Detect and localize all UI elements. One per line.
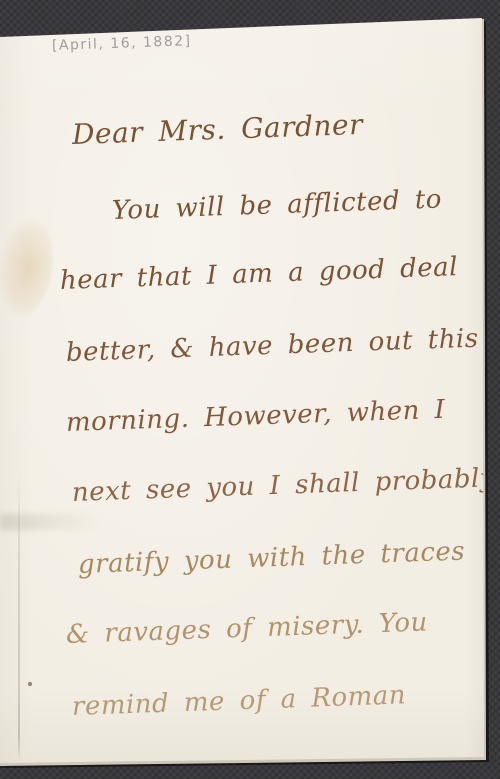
letter-line: next see you I shall probably: [71, 463, 495, 508]
pencil-date-annotation: [April, 16, 1882]: [52, 33, 192, 54]
letter-line: You will be afflicted to: [111, 184, 442, 226]
letter-line: better, & have been out this: [65, 324, 479, 368]
letter-line-salutation: Dear Mrs. Gardner: [71, 108, 363, 151]
letter-line: morning. However, when I: [65, 395, 445, 438]
letter-line: hear that I am a good deal: [59, 252, 458, 296]
letter-line: & ravages of misery. You: [65, 607, 428, 650]
letter-page: [April, 16, 1882] Dear Mrs. Gardner You …: [0, 0, 500, 779]
letter-line: gratify you with the traces: [77, 536, 465, 579]
paper-speck: [28, 682, 32, 686]
letter-line: remind me of a Roman: [71, 680, 406, 722]
horizontal-crease: [0, 514, 115, 530]
stain-mark: [0, 215, 59, 321]
letter-photograph: [April, 16, 1882] Dear Mrs. Gardner You …: [0, 0, 500, 779]
